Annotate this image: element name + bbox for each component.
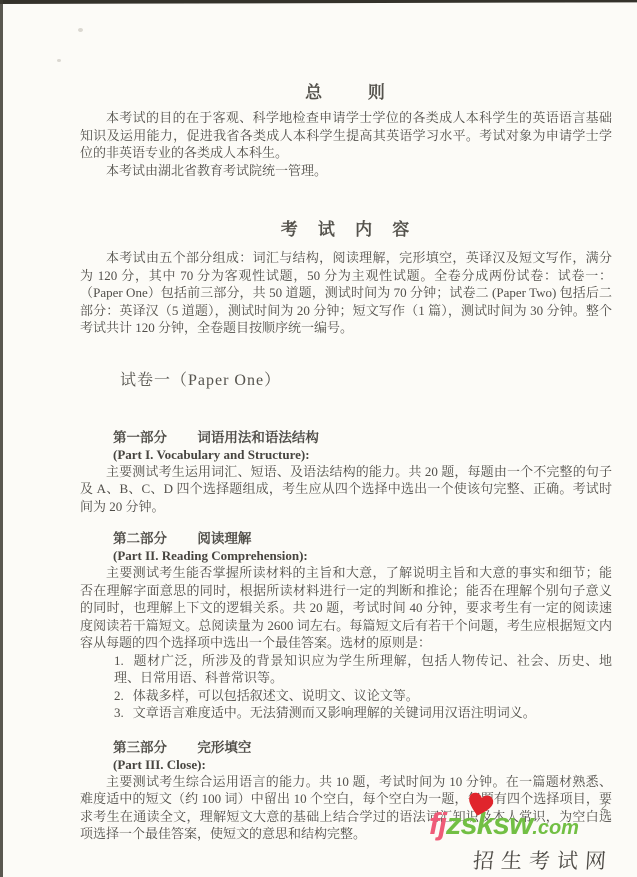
watermark-site-name: 招生考试网 [472, 845, 630, 875]
watermark-logo: fjzsksw.com 招生考试网 [429, 809, 629, 875]
part-1-section: 第一部分 词语用法和语法结构 (Part I. Vocabulary and S… [80, 426, 612, 516]
section-title-exam-content: 考 试 内 容 [80, 215, 612, 240]
rule-item-1-text: 题材广泛，所涉及的背景知识应为学生所理解，包括人物传记、社会、历史、地理、日常用… [114, 653, 612, 686]
rule-item-2: 2.体裁多样，可以包括叙述文、说明文、议论文等。 [114, 687, 612, 705]
general-paragraph-1: 本考试的目的在于客观、科学地检查申请学士学位的各类成人本科学生的英语语言基础知识… [80, 109, 612, 162]
rule-item-1-number: 1. [114, 653, 124, 668]
part-2-section: 第二部分 阅读理解 (Part II. Reading Comprehensio… [80, 527, 612, 722]
exam-content-paragraph: 本考试由五个部分组成：词汇与结构，阅读理解，完形填空，英译汉及短文写作，满分为 … [80, 249, 612, 337]
part-3-number: 第三部分 [113, 740, 167, 755]
part-1-english-heading: (Part I. Vocabulary and Structure): [113, 447, 612, 463]
section-title-general-rules: 总 则 [80, 78, 612, 103]
part-3-english-heading: (Part III. Close): [113, 757, 612, 773]
part-1-number: 第一部分 [113, 430, 167, 445]
watermark-site-suffix: .com [532, 817, 579, 839]
part-2-heading: 第二部分 阅读理解 [113, 527, 612, 547]
rule-item-2-number: 2. [114, 688, 124, 703]
rule-item-3-number: 3. [114, 705, 124, 720]
part-2-number: 第二部分 [113, 531, 167, 546]
document-content: 总 则 本考试的目的在于客观、科学地检查申请学士学位的各类成人本科学生的英语语言… [80, 0, 612, 843]
general-paragraph-2: 本考试由湖北省教育考试院统一管理。 [80, 162, 612, 180]
watermark-site-prefix: fj [429, 806, 446, 841]
scanned-document-page: 总 则 本考试的目的在于客观、科学地检查申请学士学位的各类成人本科学生的英语语言… [0, 0, 637, 877]
part-2-title: 阅读理解 [197, 531, 251, 546]
watermark-site-url: fjzsksw.com [429, 809, 629, 845]
material-selection-rules: 1.题材广泛，所涉及的背景知识应为学生所理解，包括人物传记、社会、历史、地理、日… [114, 652, 612, 722]
rule-item-3: 3.文章语言难度适中。无法猜测而又影响理解的关键词用汉语注明词义。 [114, 704, 612, 722]
part-3-heading: 第三部分 完形填空 [113, 736, 612, 756]
scan-speckle [57, 59, 61, 62]
part-2-english-heading: (Part II. Reading Comprehension): [113, 548, 612, 564]
part-3-title: 完形填空 [197, 740, 251, 755]
part-2-description: 主要测试考生能否掌握所读材料的主旨和大意，了解说明主旨和大意的事实和细节；能否在… [80, 564, 612, 652]
rule-item-3-text: 文章语言难度适中。无法猜测而又影响理解的关键词用汉语注明词义。 [133, 705, 536, 720]
part-1-description: 主要测试考生运用词汇、短语、及语法结构的能力。共 20 题，每题由一个不完整的句… [80, 463, 612, 516]
part-1-title: 词语用法和语法结构 [197, 430, 319, 445]
rule-item-1: 1.题材广泛，所涉及的背景知识应为学生所理解，包括人物传记、社会、历史、地理、日… [114, 652, 612, 687]
part-1-heading: 第一部分 词语用法和语法结构 [113, 426, 612, 446]
paper-one-title: 试卷一（Paper One） [120, 367, 612, 390]
scan-edge-left [0, 0, 3, 877]
rule-item-2-text: 体裁多样，可以包括叙述文、说明文、议论文等。 [133, 688, 419, 703]
